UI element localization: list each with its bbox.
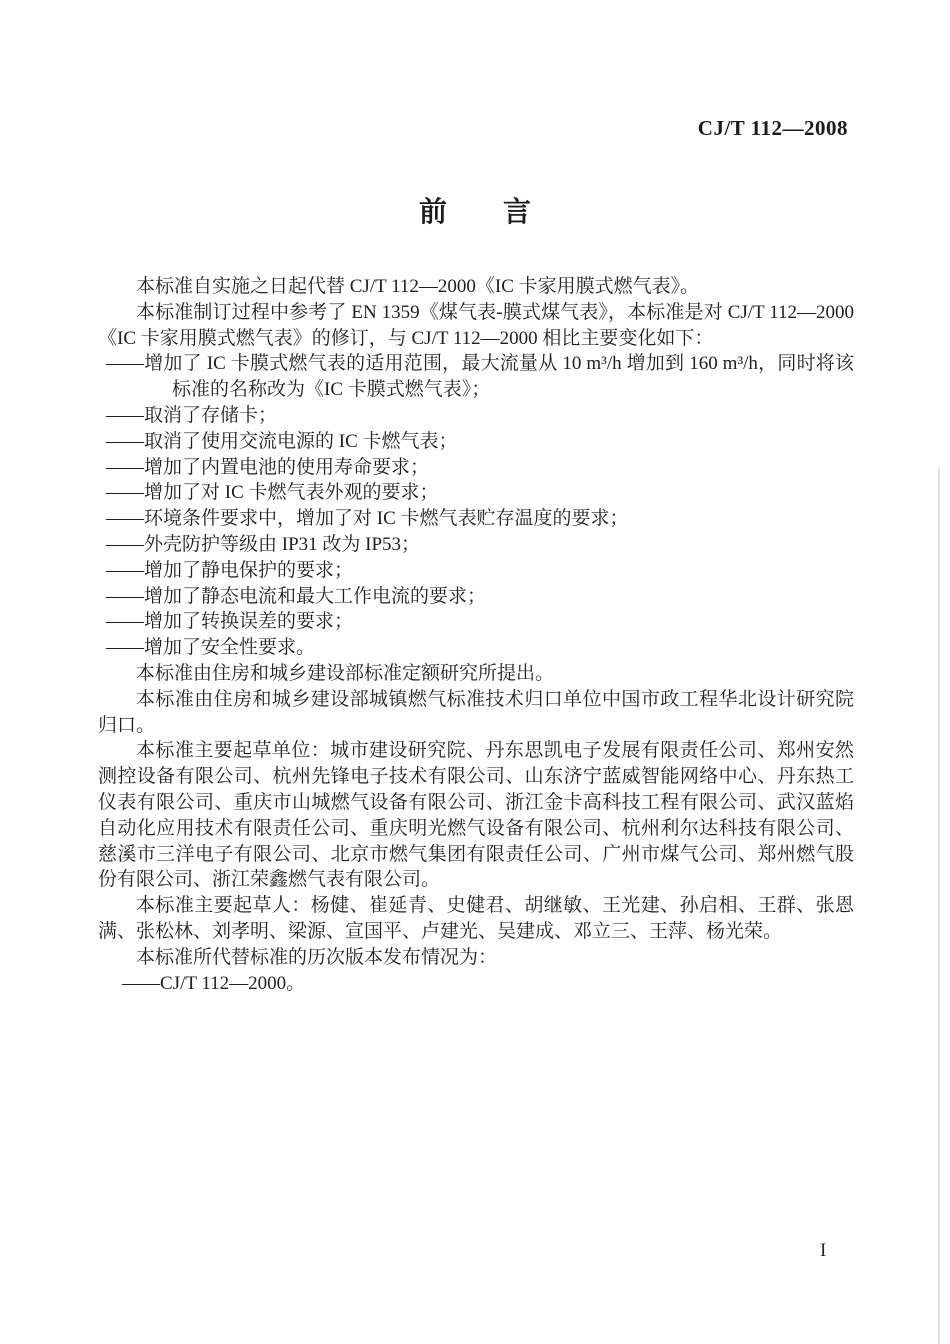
foreword-body: 本标准自实施之日起代替 CJ/T 112—2000《IC 卡家用膜式燃气表》。 … [98,274,854,996]
change-item: ——增加了转换误差的要求； [98,609,854,635]
paragraph-history-intro: 本标准所代替标准的历次版本发布情况为： [98,945,854,971]
change-item: ——增加了内置电池的使用寿命要求； [98,455,854,481]
paragraph-supersede: 本标准自实施之日起代替 CJ/T 112—2000《IC 卡家用膜式燃气表》。 [98,274,854,300]
document-page: CJ/T 112—2008 前 言 本标准自实施之日起代替 CJ/T 112—2… [0,0,950,1344]
history-item: ——CJ/T 112—2000。 [98,971,854,997]
change-item: ——增加了安全性要求。 [98,635,854,661]
paragraph-centralized-by: 本标准由住房和城乡建设部城镇燃气标准技术归口单位中国市政工程华北设计研究院归口。 [98,687,854,739]
scan-edge-artifact [938,468,940,1344]
change-item: ——外壳防护等级由 IP31 改为 IP53； [98,532,854,558]
change-item: ——增加了对 IC 卡燃气表外观的要求； [98,480,854,506]
change-item: ——增加了静态电流和最大工作电流的要求； [98,584,854,610]
change-item: ——增加了静电保护的要求； [98,558,854,584]
paragraph-drafters: 本标准主要起草人：杨健、崔延青、史健君、胡继敏、王光建、孙启相、王群、张恩满、张… [98,893,854,945]
page-title: 前 言 [0,190,950,230]
paragraph-proposed-by: 本标准由住房和城乡建设部标准定额研究所提出。 [98,661,854,687]
standard-code: CJ/T 112—2008 [698,116,848,141]
change-item: ——取消了使用交流电源的 IC 卡燃气表； [98,429,854,455]
paragraph-revision-basis: 本标准制订过程中参考了 EN 1359《煤气表-膜式煤气表》，本标准是对 CJ/… [98,300,854,352]
change-item: ——环境条件要求中，增加了对 IC 卡燃气表贮存温度的要求； [98,506,854,532]
changes-list: ——增加了 IC 卡膜式燃气表的适用范围，最大流量从 10 m³/h 增加到 1… [98,351,854,661]
page-number: I [820,1240,826,1262]
paragraph-drafting-units: 本标准主要起草单位：城市建设研究院、丹东思凯电子发展有限责任公司、郑州安然测控设… [98,738,854,893]
change-item: ——取消了存储卡； [98,403,854,429]
change-item: ——增加了 IC 卡膜式燃气表的适用范围，最大流量从 10 m³/h 增加到 1… [98,351,854,403]
